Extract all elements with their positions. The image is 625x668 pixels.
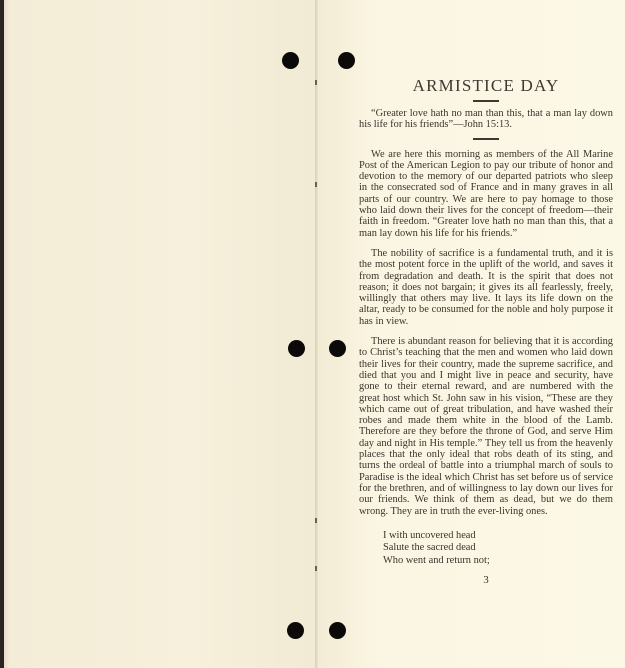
punch-hole-icon: [329, 622, 346, 639]
page-number: 3: [359, 575, 613, 586]
epigraph-rule: [473, 138, 499, 140]
poem-line: Salute the sacred dead: [383, 542, 613, 555]
title-rule: [473, 100, 499, 102]
left-edge-tint: [4, 0, 10, 668]
binding-mark: [315, 566, 317, 571]
paragraph: There is abundant reason for believing t…: [359, 336, 613, 517]
epigraph: “Greater love hath no man than this, tha…: [359, 108, 613, 131]
paragraph: The nobility of sacrifice is a fundament…: [359, 248, 613, 327]
punch-hole-icon: [288, 340, 305, 357]
punch-hole-icon: [282, 52, 299, 69]
book-spread: ARMISTICE DAY “Greater love hath no man …: [0, 0, 625, 668]
binding-mark: [315, 80, 317, 85]
poem-line: I with uncovered head: [383, 530, 613, 543]
punch-hole-icon: [329, 340, 346, 357]
punch-hole-icon: [338, 52, 355, 69]
page-title: ARMISTICE DAY: [359, 76, 613, 96]
poem-stanza: I with uncovered head Salute the sacred …: [383, 530, 613, 568]
page-content: ARMISTICE DAY “Greater love hath no man …: [359, 72, 613, 587]
left-page-blank: [4, 0, 316, 668]
paragraph: We are here this morning as members of t…: [359, 149, 613, 239]
binding-mark: [315, 182, 317, 187]
punch-hole-icon: [287, 622, 304, 639]
binding-mark: [315, 518, 317, 523]
poem-line: Who went and return not;: [383, 555, 613, 568]
